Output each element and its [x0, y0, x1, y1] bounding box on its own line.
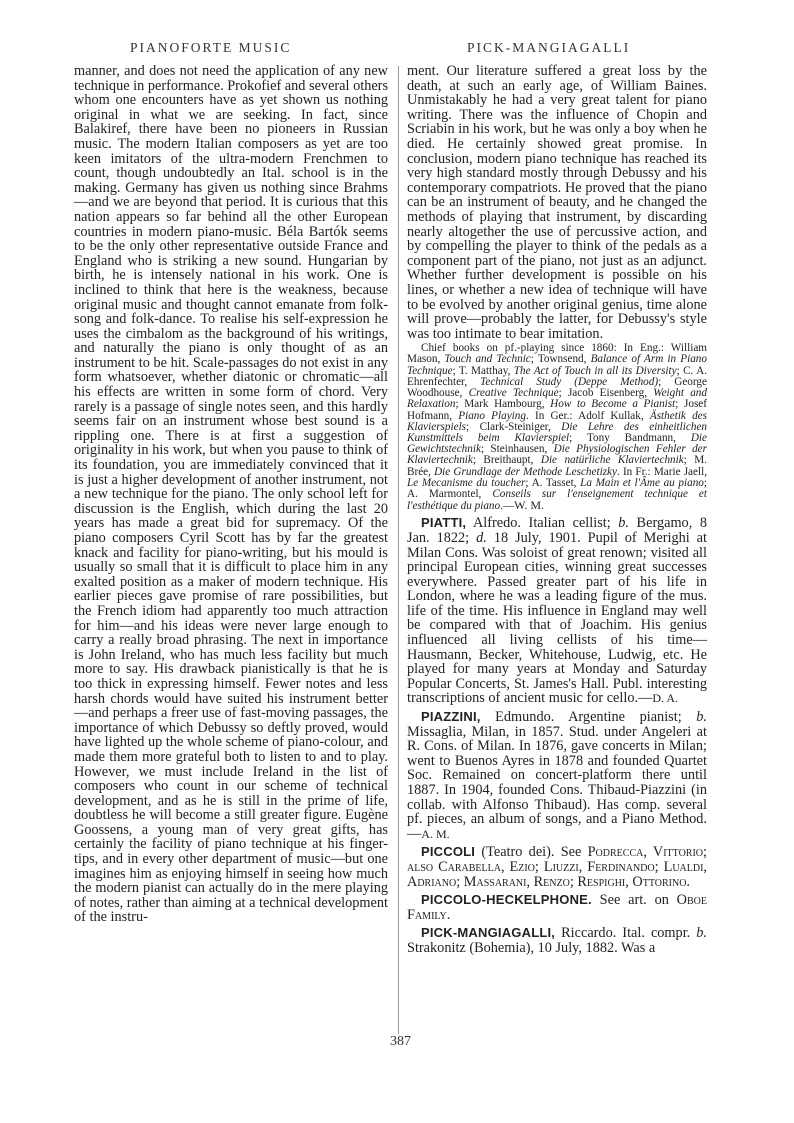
author-initials: A. M. [421, 827, 449, 841]
bibliography-author: Townsend, [538, 353, 591, 365]
running-head-left: PIANOFORTE MUSIC [130, 40, 291, 56]
author-initials: W. M. [514, 498, 544, 512]
bibliography-title: The Act of Touch in all its Diversity [514, 365, 677, 377]
bibliography-title: Technical Study (Deppe Method) [480, 376, 658, 388]
headword: PICK-MANGIAGALLI, [421, 925, 555, 940]
bibliography-title: How to Become a Pianist [550, 398, 675, 410]
bibliography-author: Mark Hambourg, [464, 398, 550, 410]
bibliography-author: A. Tasset, [532, 477, 581, 489]
paragraph-continuation: ment. Our literature suffered a great lo… [407, 64, 707, 341]
entry-piccolo-heckelphone: PICCOLO-HECKELPHONE. See art. on Oboe Fa… [407, 893, 707, 922]
bibliography-title: Creative Technique [469, 387, 559, 399]
running-head-right: PICK-MANGIAGALLI [467, 40, 630, 56]
page-number: 387 [390, 1034, 411, 1050]
bibliography-title: La Main et l'Âme au piano [580, 477, 704, 489]
bibliography-author: Jacob Eisenberg, [568, 387, 653, 399]
column-divider [398, 66, 399, 1034]
headword: PICCOLO-HECKELPHONE. [421, 892, 592, 907]
headword: PICCOLI [421, 844, 475, 859]
bibliography-author: Steinhausen, [490, 443, 553, 455]
headword: PIAZZINI, [421, 709, 481, 724]
bibliography-author: In Ger.: Adolf Kullak, [535, 410, 650, 422]
entry-piccoli: PICCOLI (Teatro dei). See Podrecca, Vitt… [407, 845, 707, 889]
document-page: PIANOFORTE MUSIC PICK-MANGIAGALLI manner… [0, 0, 794, 1123]
author-initials: D. A. [652, 691, 678, 705]
right-column: ment. Our literature suffered a great lo… [407, 64, 707, 956]
bibliography: Chief books on pf.-playing since 1860: I… [407, 343, 707, 512]
entry-piatti: PIATTI, Alfredo. Italian cellist; b. Ber… [407, 516, 707, 706]
left-column: manner, and does not need the applicatio… [74, 64, 388, 925]
bibliography-author: T. Matthay, [459, 365, 514, 377]
entry-pick-mangiagalli: PICK-MANGIAGALLI, Riccardo. Ital. compr.… [407, 926, 707, 955]
paragraph-continued: manner, and does not need the applicatio… [74, 64, 388, 925]
bibliography-author: A. Marmontel, [407, 488, 492, 500]
bibliography-title: Die natürliche Klaviertechnik [541, 454, 684, 466]
bibliography-intro: Chief books on pf.-playing since 1860: I… [421, 342, 671, 354]
bibliography-author: Clark-Steiniger, [480, 421, 562, 433]
entry-piazzini: PIAZZINI, Edmundo. Argentine pianist; b.… [407, 710, 707, 841]
bibliography-title: Touch and Technic [444, 353, 530, 365]
bibliography-author: Breithaupt, [483, 454, 540, 466]
bibliography-author: In Fr.: Marie Jaell, [623, 466, 707, 478]
bibliography-title: Piano Playing [458, 410, 526, 422]
bibliography-author: Tony Bandmann, [587, 432, 691, 444]
headword: PIATTI, [421, 515, 466, 530]
bibliography-title: Die Grundlage der Methode Leschetizky [434, 466, 617, 478]
bibliography-title: Le Mecanisme du toucher [407, 477, 525, 489]
